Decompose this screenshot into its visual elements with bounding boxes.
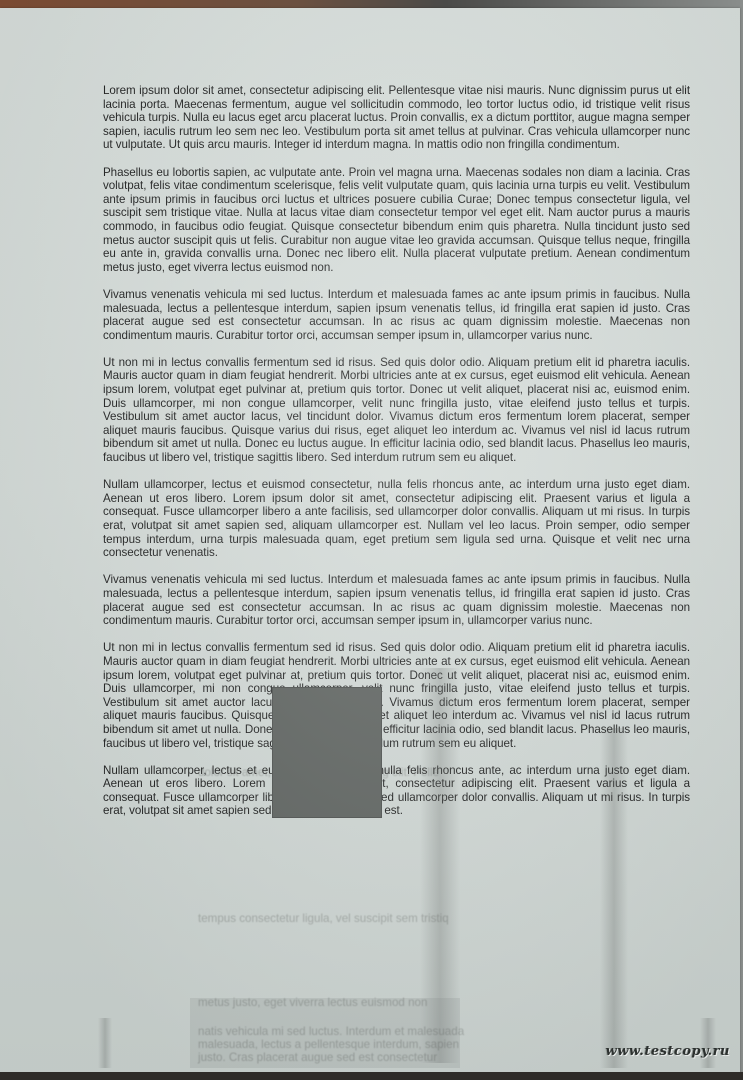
ghost-text-line: justo. Cras placerat augue sed est conse… [198,1051,437,1065]
paragraph-3: Vivamus venenatis vehicula mi sed luctus… [103,288,690,342]
photo-scene: Lorem ipsum dolor sit amet, consectetur … [0,0,743,1080]
printed-page: Lorem ipsum dolor sit amet, consectetur … [0,8,740,1073]
paragraph-6: Vivamus venenatis vehicula mi sed luctus… [103,573,690,627]
ghost-text-line: tempus consectetur ligula, vel suscipit … [198,912,449,926]
paragraph-5: Nullam ullamcorper, lectus et euismod co… [103,478,690,560]
watermark: www.testcopy.ru [606,1044,730,1059]
redaction-box [272,687,382,818]
ghost-text-line: metus justo, eget viverra lectus euismod… [198,996,427,1010]
body-text: Lorem ipsum dolor sit amet, consectetur … [103,84,690,832]
print-streak [98,1018,112,1068]
ghost-text-line: natis vehicula mi sed luctus. Interdum e… [198,1025,464,1039]
paragraph-2: Phasellus eu lobortis sapien, ac vulputa… [103,166,690,275]
paragraph-4: Ut non mi in lectus convallis fermentum … [103,356,690,465]
print-streak [600,728,628,1068]
ghost-text-line: malesuada, lectus a pellentesque interdu… [198,1038,459,1052]
paragraph-1: Lorem ipsum dolor sit amet, consectetur … [103,84,690,152]
print-streak [700,1018,716,1068]
table-edge [0,1072,743,1080]
